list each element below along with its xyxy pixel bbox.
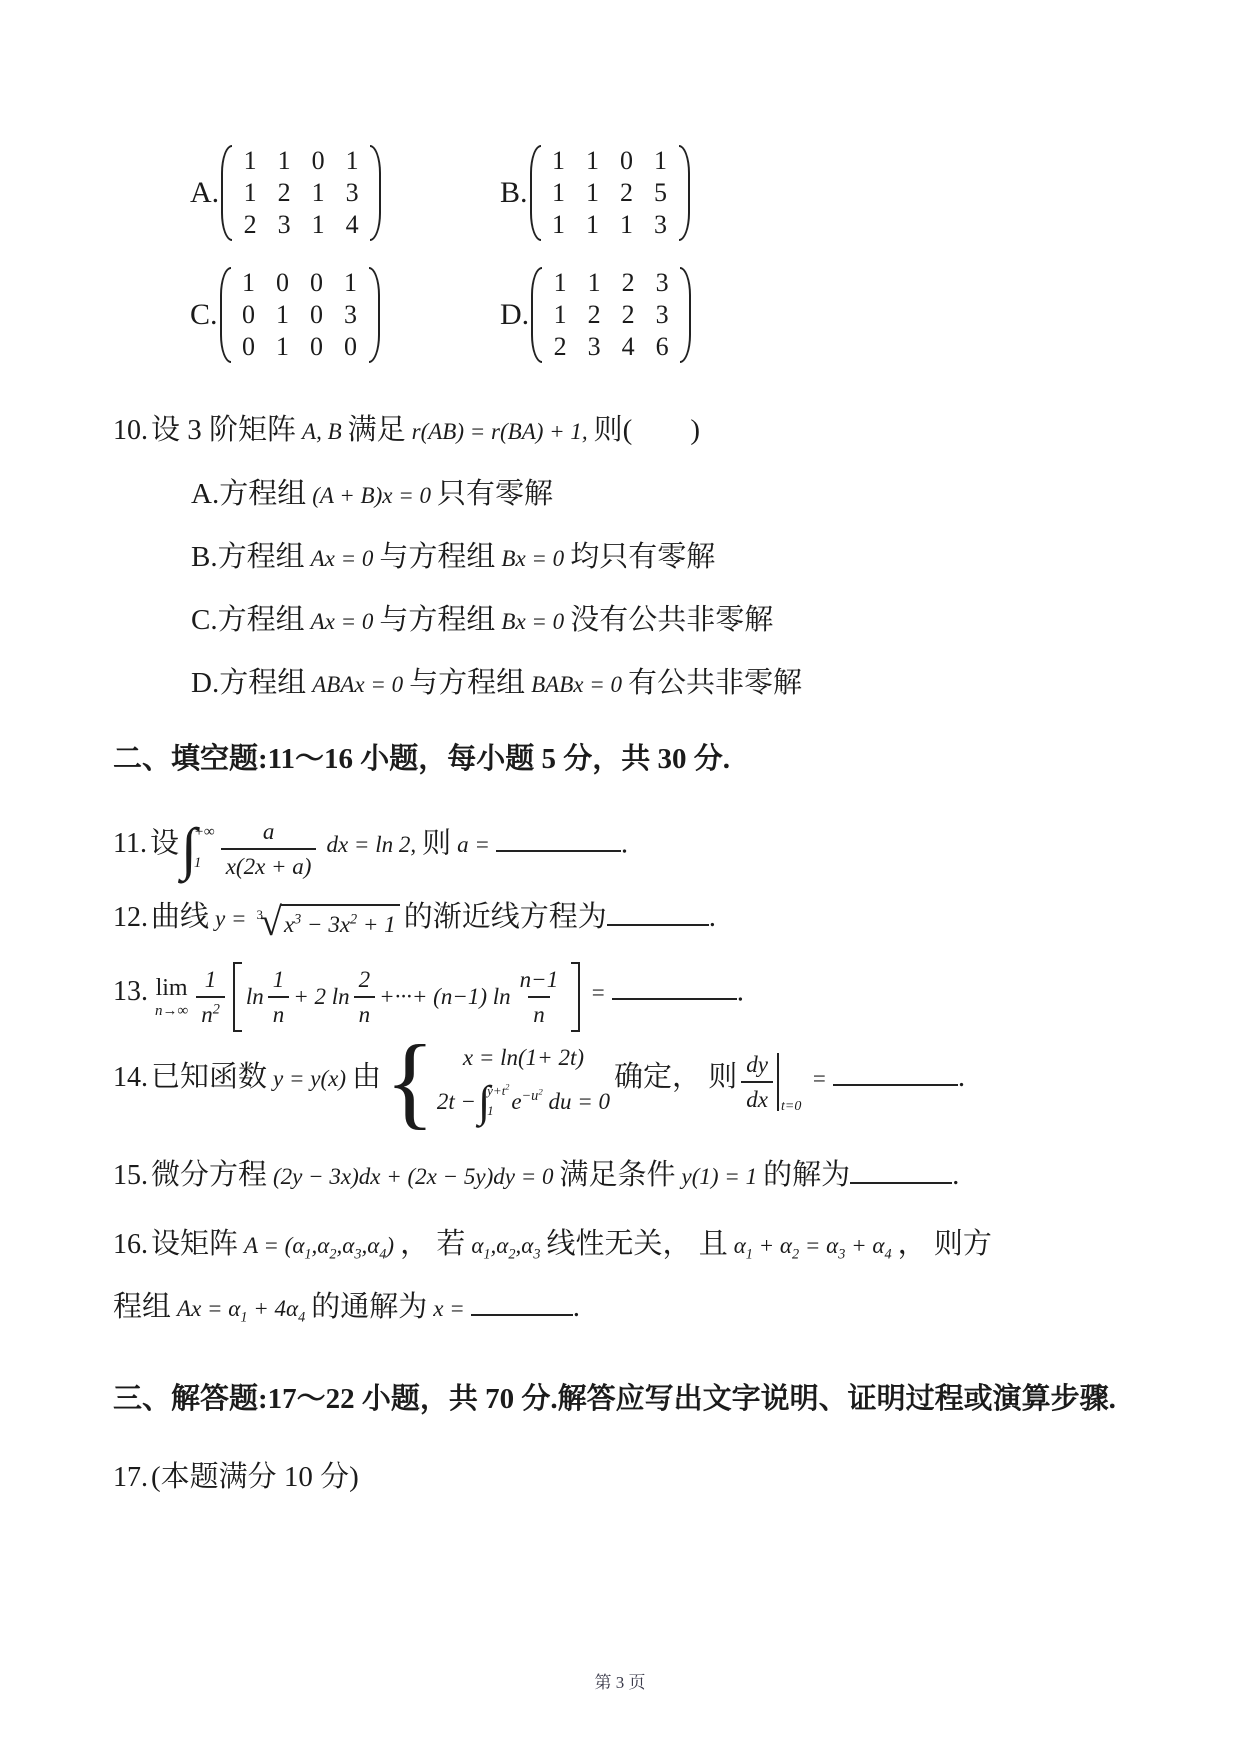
matrix-cell: 1: [552, 210, 565, 240]
matrix-cell: 3: [656, 268, 669, 298]
option-label: A.: [191, 478, 219, 510]
question-10-option-c: C.方程组Ax = 0与方程组Bx = 0没有公共非零解: [113, 601, 1140, 640]
stem-text: 满足条件: [560, 1159, 676, 1191]
matrix-cell: 1: [554, 300, 567, 330]
matrix-cell: 0: [242, 332, 255, 362]
matrix-cell: 2: [588, 300, 601, 330]
question-10-option-d: D.方程组ABAx = 0与方程组BABx = 0有公共非零解: [113, 664, 1140, 703]
limit-operator: lim: [156, 972, 188, 1004]
matrix-paren-left: [530, 145, 541, 241]
q9-option-a: A. 110112132314: [190, 145, 500, 241]
stem-text: 已知函数: [151, 1061, 267, 1093]
system-of-equations: {x = ln(1+ 2t)2t −∫y+t21e−u2 du = 0: [385, 1038, 610, 1126]
matrix-cell: 3: [654, 210, 667, 240]
option-text: 方程组: [219, 478, 306, 510]
stem-text: 的通解为: [311, 1291, 427, 1323]
denominator: n: [528, 996, 550, 1030]
matrix-grid: 112312232346: [542, 267, 680, 363]
stem-math: α1,α2,α3: [471, 1233, 540, 1258]
option-label: C.: [190, 298, 218, 332]
matrix-paren-left: [220, 267, 231, 363]
numerator: n−1: [515, 964, 564, 996]
bracket-group: ln1n+ 2 ln2n+···+ (n−1) lnn−1n: [233, 962, 580, 1032]
matrix-cell: 1: [654, 146, 667, 176]
matrix-cell: 0: [310, 300, 323, 330]
equation-2-tail: e−u2 du = 0: [511, 1086, 610, 1117]
numerator: 1: [200, 964, 222, 996]
term-text: +···+ (n−1) ln: [379, 981, 511, 1012]
term-text: ln: [246, 981, 264, 1012]
denominator: dx: [741, 1081, 773, 1115]
question-13: 13.limn→∞1n2ln1n+ 2 ln2n+···+ (n−1) lnn−…: [113, 962, 1140, 1032]
option-text: 没有公共非零解: [570, 604, 773, 636]
stem-text: 微分方程: [151, 1159, 267, 1191]
integral-bounds: y+t21: [487, 1081, 509, 1123]
matrix-cell: 1: [586, 146, 599, 176]
question-10-option-b: B.方程组Ax = 0与方程组Bx = 0均只有零解: [113, 538, 1140, 577]
stem-math: (2y − 3x)dx + (2x − 5y)dy = 0: [273, 1164, 553, 1189]
option-text: 均只有零解: [570, 541, 715, 573]
fill-in-blank: [607, 923, 709, 926]
matrix-cell: 2: [622, 300, 635, 330]
matrix-paren-left: [531, 267, 542, 363]
integral: ∫y+t21: [478, 1081, 509, 1123]
matrix-cell: 0: [276, 268, 289, 298]
matrix-cell: 0: [620, 146, 633, 176]
bracket-left: [233, 962, 242, 1032]
matrix-cell: 1: [586, 210, 599, 240]
matrix-b: 110111251113: [530, 145, 690, 241]
period: .: [709, 901, 716, 933]
matrix-cell: 3: [588, 332, 601, 362]
option-math: Ax = 0: [311, 546, 374, 571]
evaluation-bar: t=0: [777, 1053, 801, 1111]
fill-in-blank: [833, 1083, 958, 1086]
matrix-grid: 100101030100: [231, 267, 369, 363]
matrix-cell: 1: [312, 210, 325, 240]
matrix-cell: 2: [278, 178, 291, 208]
page-content: A. 110112132314 B. 110111251113 C. 10010…: [0, 0, 1240, 1498]
denominator: n2: [196, 996, 225, 1030]
question-17: 17.(本题满分 10 分): [113, 1458, 1140, 1498]
fraction: ax(2x + a): [221, 816, 317, 882]
matrix-paren-right: [679, 145, 690, 241]
denominator: n: [354, 996, 376, 1030]
matrix-cell: 3: [656, 300, 669, 330]
matrix-cell: 2: [554, 332, 567, 362]
equation-2-lead: 2t −: [437, 1086, 476, 1117]
stem-math: A, B: [302, 419, 342, 444]
matrix-cell: 0: [310, 268, 323, 298]
fraction: n−1n: [515, 964, 564, 1030]
stem-text: 设矩阵: [151, 1228, 238, 1260]
option-text: 与方程组: [379, 604, 495, 636]
stem-text: ， 若: [400, 1228, 465, 1260]
option-math: BABx = 0: [531, 672, 622, 697]
stem-math: y(1) = 1: [682, 1164, 758, 1189]
matrix-cell: 2: [620, 178, 633, 208]
period: .: [952, 1159, 959, 1191]
option-math: (A + B)x = 0: [312, 483, 431, 508]
integral-lower: 1: [487, 1102, 509, 1120]
stem-text: 程组: [113, 1291, 171, 1323]
option-math: ABAx = 0: [312, 672, 403, 697]
matrix-a: 110112132314: [221, 145, 381, 241]
matrix-cell: 1: [244, 146, 257, 176]
matrix-cell: 2: [622, 268, 635, 298]
numerator: 1: [268, 964, 290, 996]
matrix-paren-right: [370, 145, 381, 241]
bracket-right: [571, 962, 580, 1032]
stem-text: 设: [150, 827, 179, 859]
integral-lower: 1: [194, 853, 215, 873]
period: .: [737, 975, 744, 1007]
matrix-cell: 1: [620, 210, 633, 240]
matrix-grid: 110112132314: [232, 145, 370, 241]
question-10-stem: 10.设 3 阶矩阵A, B满足r(AB) = r(BA) + 1,则( ): [113, 411, 1140, 451]
stem-text: (本题满分 10 分): [151, 1461, 359, 1493]
option-math: Ax = 0: [311, 609, 374, 634]
equation-1: x = ln(1+ 2t): [437, 1042, 610, 1073]
section-title: 三、解答题:17～22 小题，共 70 分.解答应写出文字说明、证明过程或演算步…: [113, 1383, 1116, 1415]
matrix-cell: 2: [244, 210, 257, 240]
integral: ∫+∞1: [181, 821, 215, 876]
option-text: 方程组: [219, 667, 306, 699]
option-label: D.: [191, 667, 219, 699]
bracket-content: ln1n+ 2 ln2n+···+ (n−1) lnn−1n: [242, 962, 571, 1032]
matrix-cell: 1: [344, 268, 357, 298]
fill-in-blank: [850, 1181, 952, 1184]
stem-math: A = (α1,α2,α3,α4): [244, 1233, 394, 1258]
question-12: 12.曲线y =3√x3 − 3x2 + 1的渐近线方程为.: [113, 898, 1140, 954]
matrix-paren-right: [680, 267, 691, 363]
section-title: 二、填空题:11～16 小题，每小题 5 分，共 30 分.: [113, 743, 730, 775]
cube-root: 3√x3 − 3x2 + 1: [257, 904, 400, 940]
question-number: 16.: [113, 1229, 148, 1260]
option-label: D.: [500, 298, 529, 332]
section-3-header: 三、解答题:17～22 小题，共 70 分.解答应写出文字说明、证明过程或演算步…: [113, 1370, 1125, 1428]
stem-math: dx = ln 2,: [326, 832, 416, 857]
term-text: + 2 ln: [293, 981, 349, 1012]
stem-text: 确定， 则: [614, 1061, 737, 1093]
option-label: C.: [191, 604, 218, 636]
numerator: 2: [354, 964, 376, 996]
question-number: 14.: [113, 1062, 148, 1093]
question-number: 12.: [113, 902, 148, 933]
fill-in-blank: [496, 849, 621, 852]
vertical-bar: [777, 1053, 779, 1111]
stem-math: a =: [457, 832, 490, 857]
matrix-cell: 5: [654, 178, 667, 208]
matrix-cell: 1: [552, 146, 565, 176]
option-text: 与方程组: [379, 541, 495, 573]
period: .: [573, 1291, 580, 1323]
question-number: 17.: [113, 1462, 148, 1493]
matrix-cell: 1: [276, 332, 289, 362]
stem-text: 由: [352, 1061, 381, 1093]
matrix-cell: 1: [278, 146, 291, 176]
matrix-cell: 0: [310, 332, 323, 362]
integral-bounds: +∞1: [194, 821, 215, 876]
question-10-option-a: A.方程组(A + B)x = 0只有零解: [113, 475, 1140, 514]
period: .: [958, 1061, 965, 1093]
matrix-cell: 1: [554, 268, 567, 298]
matrix-cell: 1: [242, 268, 255, 298]
question-number: 13.: [113, 976, 148, 1007]
fraction: 2n: [354, 964, 376, 1030]
matrix-cell: 1: [588, 268, 601, 298]
question-number: 11.: [113, 828, 147, 859]
option-text: 与方程组: [409, 667, 525, 699]
stem-text: 满足: [348, 414, 406, 446]
equals-sign: =: [811, 1066, 827, 1091]
stem-math: y =: [215, 906, 246, 931]
exam-page: A. 110112132314 B. 110111251113 C. 10010…: [0, 0, 1240, 1754]
equation-2: 2t −∫y+t21e−u2 du = 0: [437, 1081, 610, 1123]
section-2-header: 二、填空题:11～16 小题，每小题 5 分，共 30 分.: [113, 730, 1140, 788]
option-label: B.: [191, 541, 218, 573]
denominator: n: [268, 996, 290, 1030]
numerator: dy: [741, 1049, 773, 1081]
option-label: B.: [500, 176, 528, 210]
matrix-cell: 3: [344, 300, 357, 330]
question-16-line-1: 16.设矩阵A = (α1,α2,α3,α4)， 若α1,α2,α3线性无关， …: [113, 1222, 1140, 1271]
derivative-fraction: dydx: [741, 1049, 773, 1115]
stem-text: 的解为: [763, 1159, 850, 1191]
q9-option-d: D. 112312232346: [500, 267, 810, 363]
question-16-line-2: 程组Ax = α1 + 4α4的通解为x =.: [113, 1285, 1140, 1334]
matrix-cell: 6: [656, 332, 669, 362]
option-text: 方程组: [218, 541, 305, 573]
stem-text: 设 3 阶矩阵: [151, 414, 296, 446]
matrix-cell: 0: [312, 146, 325, 176]
question-14: 14.已知函数y = y(x)由{x = ln(1+ 2t)2t −∫y+t21…: [113, 1038, 1140, 1126]
answer-parentheses: 则( ): [594, 414, 700, 446]
radical-sign: √: [260, 906, 282, 938]
matrix-cell: 1: [244, 178, 257, 208]
stem-math: Ax = α1 + 4α4: [177, 1296, 305, 1321]
stem-math: r(AB) = r(BA) + 1,: [412, 419, 588, 444]
matrix-cell: 1: [346, 146, 359, 176]
matrix-paren-left: [221, 145, 232, 241]
period: .: [621, 827, 628, 859]
equations: x = ln(1+ 2t)2t −∫y+t21e−u2 du = 0: [437, 1042, 610, 1123]
q9-option-c: C. 100101030100: [190, 267, 500, 363]
matrix-paren-right: [369, 267, 380, 363]
evaluation-subscript: t=0: [781, 1098, 801, 1117]
stem-text: ， 则方: [898, 1228, 992, 1260]
stem-text: 的渐近线方程为: [404, 901, 607, 933]
integral-upper: y+t2: [487, 1082, 509, 1100]
left-brace: {: [385, 1038, 435, 1126]
stem-math: y = y(x): [273, 1066, 346, 1091]
matrix-cell: 1: [312, 178, 325, 208]
q9-options-row-1: A. 110112132314 B. 110111251113: [113, 145, 1140, 241]
matrix-cell: 1: [552, 178, 565, 208]
option-text: 方程组: [218, 604, 305, 636]
q9-option-b: B. 110111251113: [500, 145, 810, 241]
page-number-footer: 第 3 页: [0, 1668, 1240, 1693]
matrix-cell: 1: [586, 178, 599, 208]
fraction: 1n2: [196, 964, 225, 1030]
question-number: 10.: [113, 415, 148, 446]
fill-in-blank: [471, 1313, 573, 1316]
question-15: 15.微分方程(2y − 3x)dx + (2x − 5y)dy = 0满足条件…: [113, 1156, 1140, 1200]
numerator: a: [258, 816, 280, 848]
fraction: 1n: [268, 964, 290, 1030]
matrix-cell: 0: [344, 332, 357, 362]
matrix-cell: 1: [276, 300, 289, 330]
stem-math: α1 + α2 = α3 + α4: [734, 1233, 892, 1258]
limit: limn→∞: [155, 972, 188, 1022]
option-text: 有公共非零解: [628, 667, 802, 699]
matrix-cell: 4: [346, 210, 359, 240]
integral-upper: +∞: [194, 822, 215, 842]
stem-text: 则: [422, 827, 451, 859]
fill-in-blank: [612, 997, 737, 1000]
matrix-grid: 110111251113: [541, 145, 679, 241]
stem-text: 曲线: [151, 901, 209, 933]
stem-math: x =: [433, 1296, 464, 1321]
equals-sign: =: [590, 980, 606, 1005]
matrix-cell: 0: [242, 300, 255, 330]
matrix-cell: 4: [622, 332, 635, 362]
limit-subscript: n→∞: [155, 1001, 188, 1021]
option-text: 只有零解: [437, 478, 553, 510]
stem-text: 线性无关， 且: [546, 1228, 727, 1260]
option-math: Bx = 0: [501, 609, 564, 634]
matrix-d: 112312232346: [531, 267, 691, 363]
matrix-cell: 3: [278, 210, 291, 240]
q9-options-row-2: C. 100101030100 D. 112312232346: [113, 267, 1140, 363]
question-number: 15.: [113, 1160, 148, 1191]
radicand: x3 − 3x2 + 1: [280, 904, 400, 940]
question-11: 11.设∫+∞1ax(2x + a)dx = ln 2,则a =.: [113, 816, 1140, 882]
denominator: x(2x + a): [221, 848, 317, 882]
option-math: Bx = 0: [501, 546, 564, 571]
matrix-cell: 3: [346, 178, 359, 208]
matrix-c: 100101030100: [220, 267, 380, 363]
option-label: A.: [190, 176, 219, 210]
